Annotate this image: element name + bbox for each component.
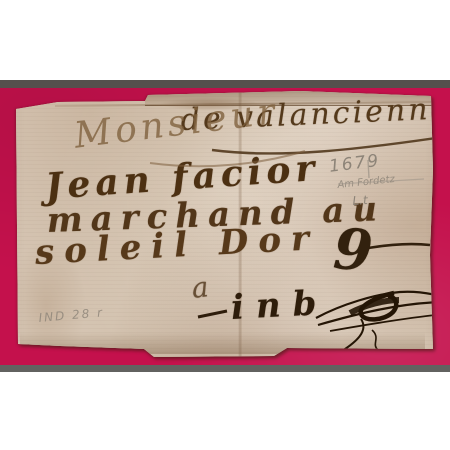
folded-letter-wrapper: de valancienne Monsieur Jean facior marc… — [0, 0, 450, 450]
salutation-handwriting: Monsieur — [72, 91, 281, 157]
pencil-year-annotation: 1679 — [328, 151, 381, 177]
pencil-initials-annotation: L.t — [352, 193, 368, 208]
pencil-note-annotation: Am Fordetz — [337, 174, 395, 191]
letter-paper: de valancienne Monsieur Jean facior marc… — [0, 0, 450, 450]
bottom-soiling — [20, 332, 425, 354]
letter-photo: de valancienne Monsieur Jean facior marc… — [0, 0, 450, 450]
address-line2-handwriting: marchand au — [46, 189, 386, 241]
origin-handwriting: de valancienne — [180, 91, 450, 138]
vertical-fold-crease — [238, 92, 242, 357]
backflap-fold-shade — [145, 90, 433, 106]
address-preposition-handwriting: a — [190, 270, 210, 305]
addressee-name-handwriting: Jean facior — [44, 147, 321, 208]
struck-out-word: inb — [230, 283, 329, 328]
pencil-reference-annotation: IND 28 r — [38, 305, 105, 325]
ink-smudge — [160, 97, 260, 111]
postal-rate-marking: 9 — [331, 216, 374, 285]
horizontal-crease — [55, 101, 433, 107]
ink-flourish-strokes — [0, 0, 450, 450]
address-line3-handwriting: soleil Dor — [34, 218, 320, 273]
paper-stain — [6, 240, 86, 370]
